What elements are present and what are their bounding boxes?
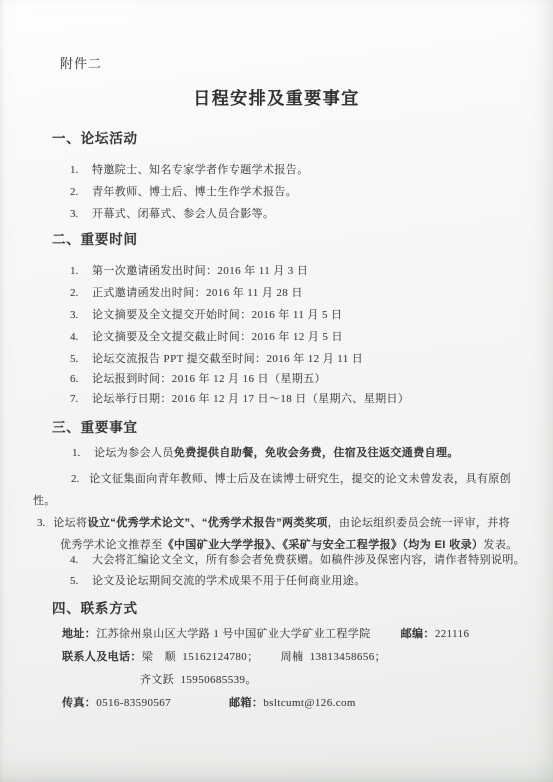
item-number: 2. (71, 473, 79, 485)
list-item: 2.论文征集面向青年教师、博士后及在读博士研究生，提交的论文未曾发表，具有原创性… (33, 468, 521, 512)
item-text: 开幕式、闭幕式、参会人员合影等。 (92, 208, 274, 220)
list-item: 5.论坛交流报告 PPT 提交截至时间：2016 年 12 月 11 日 (70, 352, 553, 367)
attachment-label: 附件二 (60, 0, 553, 72)
item-number: 1. (70, 163, 86, 178)
list-item: 7.论坛举行日期：2016 年 12 月 17 日～18 日（星期六、星期日） (70, 392, 553, 407)
item-text: 特邀院士、知名专家学者作专题学术报告。 (92, 164, 309, 176)
item-text: 论坛举行日期：2016 年 12 月 17 日～18 日（星期六、星期日） (92, 393, 409, 405)
item-number: 5. (70, 352, 86, 367)
text-run: 设立“优秀学术论文”、“优秀学术报告”两类奖项 (87, 517, 327, 529)
item-number: 3. (37, 517, 45, 529)
list-item: 4.论文摘要及全文提交截止时间：2016 年 12 月 5 日 (70, 330, 553, 345)
contact-people-line: 联系人及电话：梁 顺 15162124780；周楠 13813458656； (62, 650, 553, 665)
list-item: 3.论坛将设立“优秀学术论文”、“优秀学术报告”两类奖项，由论坛组织委员会统一评… (60, 512, 521, 556)
item-text: 第一次邀请函发出时间：2016 年 11 月 3 日 (92, 265, 308, 277)
contact-fax-email-line: 传真：0516-83590567邮箱：bsltcumt@126.com (62, 696, 553, 711)
item-text: 论文及论坛期间交流的学术成果不用于任何商业用途。 (92, 575, 366, 587)
item-text: 青年教师、博士后、博士生作学术报告。 (92, 186, 297, 198)
text-run: 《中国矿业大学学报》、《采矿与安全工程学报》（均为 EI 收录） (163, 539, 484, 551)
list-item: 3.论文摘要及全文提交开始时间：2016 年 11 月 5 日 (70, 308, 553, 323)
item-number: 6. (70, 372, 86, 387)
item-number: 3. (70, 308, 86, 323)
contacts-label: 联系人及电话： (62, 651, 142, 663)
list-item: 1.第一次邀请函发出时间：2016 年 11 月 3 日 (70, 264, 553, 279)
contact-person-3: 齐文跃 15950685539。 (140, 674, 257, 686)
list-item: 1.论坛为参会人员免费提供自助餐，免收会务费，住宿及往返交通费自理。 (72, 446, 553, 461)
address-label: 地址： (62, 628, 96, 640)
item-text: 论文摘要及全文提交开始时间：2016 年 11 月 5 日 (92, 309, 342, 321)
item-text: 正式邀请函发出时间：2016 年 11 月 28 日 (92, 287, 303, 299)
item-number: 2. (70, 185, 86, 200)
item-number: 7. (70, 392, 86, 407)
list-item: 3.开幕式、闭幕式、参会人员合影等。 (70, 207, 553, 222)
contact-people-line-2: 齐文跃 15950685539。 (62, 673, 553, 688)
item-text: 大会将汇编论文全文，所有参会者免费获赠。如稿件涉及保密内容，请作者特别说明。 (92, 554, 525, 566)
section-heading-contact-info: 四、联系方式 (52, 600, 553, 617)
list-item: 2.正式邀请函发出时间：2016 年 11 月 28 日 (70, 286, 553, 301)
item-number: 3. (70, 207, 86, 222)
zip-label: 邮编： (401, 628, 435, 640)
item-text: 论坛为参会人员免费提供自助餐，免收会务费，住宿及往返交通费自理。 (94, 447, 459, 459)
item-number: 1. (72, 446, 88, 461)
text-run: 免费提供自助餐，免收会务费，住宿及往返交通费自理。 (174, 447, 459, 459)
contact-address-line: 地址：江苏徐州泉山区大学路 1 号中国矿业大学矿业工程学院邮编：221116 (62, 627, 553, 642)
list-item: 5.论文及论坛期间交流的学术成果不用于任何商业用途。 (70, 574, 553, 589)
contact-person-1: 梁 顺 15162124780； (142, 651, 259, 663)
fax-value: 0516-83590567 (96, 697, 171, 709)
list-item: 6.论坛报到时间：2016 年 12 月 16 日（星期五） (70, 372, 553, 387)
item-text: 论坛报到时间：2016 年 12 月 16 日（星期五） (92, 373, 326, 385)
item-text: 论坛将设立“优秀学术论文”、“优秀学术报告”两类奖项，由论坛组织委员会统一评审，… (53, 517, 517, 551)
list-item: 2.青年教师、博士后、博士生作学术报告。 (70, 185, 553, 200)
list-item: 1.特邀院士、知名专家学者作专题学术报告。 (70, 163, 553, 178)
section-heading-forum-activities: 一、论坛活动 (52, 130, 553, 147)
fax-label: 传真： (62, 697, 96, 709)
section-heading-important-matters: 三、重要事宜 (52, 419, 553, 436)
address-value: 江苏徐州泉山区大学路 1 号中国矿业大学矿业工程学院 (96, 628, 370, 640)
scanned-document-page: 附件二 日程安排及重要事宜 一、论坛活动 1.特邀院士、知名专家学者作专题学术报… (0, 0, 553, 782)
list-item: 4.大会将汇编论文全文，所有参会者免费获赠。如稿件涉及保密内容，请作者特别说明。 (70, 553, 545, 568)
item-number: 2. (70, 286, 86, 301)
item-number: 4. (70, 330, 86, 345)
email-value: bsltcumt@126.com (263, 697, 356, 709)
text-run: 论坛将 (53, 517, 87, 529)
text-run: 发表。 (483, 539, 517, 551)
item-number: 1. (70, 264, 86, 279)
text-run: 论坛为参会人员 (94, 447, 174, 459)
email-label: 邮箱： (229, 697, 263, 709)
item-text: 论坛交流报告 PPT 提交截至时间：2016 年 12 月 11 日 (92, 353, 363, 365)
contact-person-2: 周楠 13813458656； (281, 651, 386, 663)
item-text: 论文摘要及全文提交截止时间：2016 年 12 月 5 日 (92, 331, 343, 343)
item-number: 5. (70, 574, 86, 589)
section-heading-important-dates: 二、重要时间 (52, 231, 553, 248)
zip-value: 221116 (435, 628, 470, 640)
page-title: 日程安排及重要事宜 (0, 88, 553, 110)
item-text: 论文征集面向青年教师、博士后及在读博士研究生，提交的论文未曾发表，具有原创性。 (33, 473, 511, 507)
item-number: 4. (70, 553, 86, 568)
